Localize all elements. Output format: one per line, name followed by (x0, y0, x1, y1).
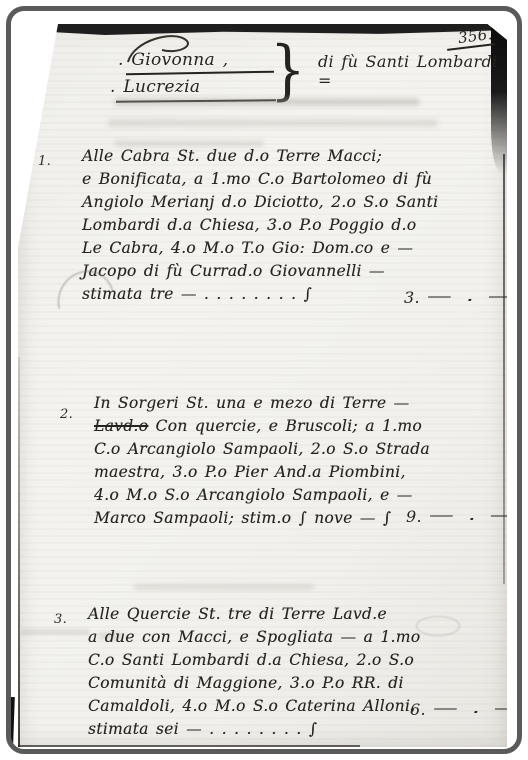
manuscript-line: Lombardi d.a Chiesa, 3.o P.o Poggio d.o (82, 214, 438, 237)
entry-amount: 6. — . — (410, 700, 490, 719)
amount-value: 9. (406, 507, 422, 526)
scan-artifact-bottom-edge (18, 745, 360, 747)
bleedthrough-ghost-line (134, 584, 314, 590)
bleedthrough-ghost-line (108, 119, 438, 127)
manuscript-line: Alle Cabra St. due d.o Terre Macci; (82, 145, 438, 168)
manuscript-paper: 356. . Giovonna , . Lucrezia } di fù San… (18, 24, 507, 747)
manuscript-line: stimata sei — . . . . . . . . ∫ (88, 718, 420, 741)
manuscript-line: maestra, 3.o P.o Pier And.a Piombini, (94, 461, 430, 484)
manuscript-line: Le Cabra, 4.o M.o T.o Gio: Dom.co e — (82, 237, 438, 260)
scan-artifact-bottom-left (9, 697, 15, 743)
scanned-manuscript-page: 356. . Giovonna , . Lucrezia } di fù San… (0, 0, 528, 760)
scan-artifact-left-edge (18, 357, 20, 747)
manuscript-line: Jacopo di fù Currad.o Giovannelli — (82, 260, 438, 283)
scan-artifact-top-right-corner (491, 24, 507, 174)
entry-text-block: Alle Quercie St. tre di Terre Lavd.ea du… (88, 603, 420, 741)
entry-text-block: In Sorgeri St. una e mezo di Terre —Lavd… (94, 392, 430, 530)
header-name-2: . Lucrezia (110, 77, 200, 97)
amount-value: 6. (410, 700, 426, 719)
header-family-text: di fù Santi Lombardi = (318, 52, 507, 90)
manuscript-line: Camaldoli, 4.o M.o S.o Caterina Alloni, (88, 695, 420, 718)
manuscript-line: Angiolo Merianj d.o Diciotto, 2.o S.o Sa… (82, 191, 438, 214)
entry-text-block: Alle Cabra St. due d.o Terre Macci;e Bon… (82, 145, 438, 306)
margin-pencil-dash (20, 630, 90, 634)
manuscript-line: Alle Quercie St. tre di Terre Lavd.e (88, 603, 420, 626)
entry-amount: 3. — . — (404, 288, 484, 307)
manuscript-line: Comunità di Maggione, 3.o P.o RR. di (88, 672, 420, 695)
name-1-underline (126, 71, 274, 76)
manuscript-line: Lavd.o Con quercie, e Bruscoli; a 1.mo (94, 415, 430, 438)
manuscript-line: 4.o M.o S.o Arcangiolo Sampaoli, e — (94, 484, 430, 507)
manuscript-line: Marco Sampaoli; stim.o ∫ nove — ∫ (94, 507, 430, 530)
amount-dashes: — . — (433, 698, 507, 717)
manuscript-line: e Bonificata, a 1.mo C.o Bartolomeo di f… (82, 168, 438, 191)
header-name-1: . Giovonna , (118, 50, 228, 70)
entry-number: 1. (38, 154, 51, 169)
bleedthrough-ghost-line (114, 98, 420, 106)
entry-number: 3. (54, 612, 67, 627)
manuscript-line: In Sorgeri St. una e mezo di Terre — (94, 392, 430, 415)
entry-number: 2. (60, 407, 73, 422)
header-brace: } (270, 33, 306, 108)
manuscript-line: stimata tre — . . . . . . . . ∫ (82, 283, 438, 306)
amount-dashes: — . — (429, 505, 507, 524)
manuscript-line: a due con Macci, e Spogliata — a 1.mo (88, 626, 420, 649)
manuscript-line: C.o Arcangiolo Sampaoli, 2.o S.o Strada (94, 438, 430, 461)
manuscript-line: C.o Santi Lombardi d.a Chiesa, 2.o S.o (88, 649, 420, 672)
amount-value: 3. (404, 288, 420, 307)
entry-amount: 9. — . — (406, 507, 486, 526)
amount-dashes: — . — (427, 286, 507, 305)
faint-oval-mark (416, 616, 460, 636)
